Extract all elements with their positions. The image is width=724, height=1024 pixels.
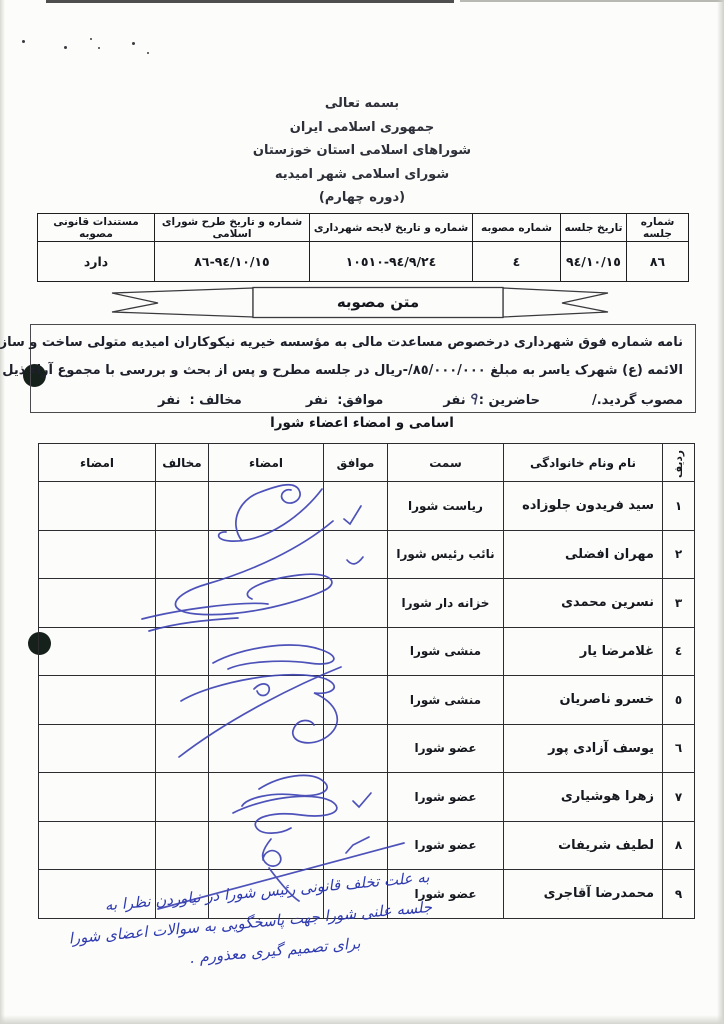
- members-section-title: اسامی و امضاء اعضاء شورا: [0, 415, 724, 431]
- member-name: مهران افضلی: [504, 530, 663, 579]
- member-no: ٥: [663, 676, 695, 725]
- member-name: لطیف شریفات: [504, 821, 663, 870]
- session-info-table: شماره جلسه تاریخ جلسه شماره مصوبه شماره …: [37, 213, 689, 282]
- member-agree-cell: [324, 773, 388, 822]
- member-position: عضو شورا: [388, 773, 504, 822]
- members-header-agree: موافق: [324, 444, 388, 482]
- member-no: ٩: [663, 870, 695, 919]
- ink-speck: [98, 47, 100, 49]
- member-position: عضو شورا: [388, 821, 504, 870]
- member-signature-cell: [209, 627, 324, 676]
- members-header-oppose: مخالف: [156, 444, 209, 482]
- ink-speck: [90, 38, 92, 40]
- member-position: منشی شورا: [388, 627, 504, 676]
- member-signature-cell: [209, 821, 324, 870]
- resolution-line2-suffix: ریال در جلسه مطرح و پس از بحث و بررسی با…: [2, 363, 402, 378]
- ink-speck: [64, 46, 67, 49]
- letterhead-country: جمهوری اسلامی ایران: [0, 116, 724, 140]
- member-position: ریاست شورا: [388, 482, 504, 531]
- scanned-council-resolution-page: بسمه تعالی جمهوری اسلامی ایران شوراهای ا…: [0, 0, 724, 1024]
- member-name: نسرین محمدی: [504, 579, 663, 628]
- info-header-session-date: تاریخ جلسه: [561, 214, 627, 242]
- member-no: ٢: [663, 530, 695, 579]
- letterhead-province-councils: شوراهای اسلامی استان خوزستان: [0, 139, 724, 163]
- ink-speck: [132, 42, 135, 45]
- member-position: عضو شورا: [388, 724, 504, 773]
- member-agree-cell: [324, 579, 388, 628]
- resolution-line-1: نامه شماره فوق شهرداری درخصوص مساعدت مال…: [43, 329, 683, 357]
- ink-speck: [22, 40, 25, 43]
- member-signature2-cell: [39, 627, 156, 676]
- member-signature-cell: [209, 530, 324, 579]
- member-row-1: ١ سید فریدون جلوزاده ریاست شورا: [39, 482, 695, 531]
- member-signature2-cell: [39, 724, 156, 773]
- member-no: ٤: [663, 627, 695, 676]
- members-header-rowno: ردیف: [663, 444, 695, 482]
- bill-no-date-value: ٩٤/٩/٢٤-١٠٥١٠: [346, 254, 437, 269]
- member-signature2-cell: [39, 821, 156, 870]
- letterhead: بسمه تعالی جمهوری اسلامی ایران شوراهای ا…: [0, 92, 724, 210]
- members-header-signature2: امضاء: [39, 444, 156, 482]
- member-signature2-cell: [39, 773, 156, 822]
- member-oppose-cell: [156, 821, 209, 870]
- letterhead-term: (دوره چهارم): [0, 186, 724, 210]
- member-name: خسرو ناصریان: [504, 676, 663, 725]
- info-value-session-no: ٨٦: [627, 242, 689, 282]
- info-value-plan-no-date: ٩٤/١٠/١٥-٨٦: [155, 242, 310, 282]
- session-date-value: ٩٤/١٠/١٥: [566, 254, 621, 269]
- info-value-session-date: ٩٤/١٠/١٥: [561, 242, 627, 282]
- members-header-position: سمت: [388, 444, 504, 482]
- member-position: نائب رئیس شورا: [388, 530, 504, 579]
- attendance-line: مصوب گردید./ حاضرین : ٩ نفر موافق: نفر م…: [43, 385, 683, 415]
- member-agree-cell: [324, 821, 388, 870]
- ink-speck: [147, 52, 149, 54]
- member-oppose-cell: [156, 676, 209, 725]
- member-row-2: ٢ مهران افضلی نائب رئیس شورا: [39, 530, 695, 579]
- member-agree-cell: [324, 724, 388, 773]
- present-unit: نفر: [443, 387, 465, 415]
- resolution-text-box: نامه شماره فوق شهرداری درخصوص مساعدت مال…: [30, 324, 696, 413]
- member-no: ٧: [663, 773, 695, 822]
- info-header-session-no: شماره جلسه: [627, 214, 689, 242]
- info-value-row: ٨٦ ٩٤/١٠/١٥ ٤ ٩٤/٩/٢٤-١٠٥١٠ ٩٤/١٠/١٥-٨٦ …: [38, 242, 689, 282]
- member-oppose-cell: [156, 530, 209, 579]
- info-value-bill-no-date: ٩٤/٩/٢٤-١٠٥١٠: [310, 242, 473, 282]
- member-oppose-cell: [156, 482, 209, 531]
- member-row-6: ٦ یوسف آزادی پور عضو شورا: [39, 724, 695, 773]
- members-table: ردیف نام ونام خانوادگی سمت موافق امضاء م…: [38, 443, 695, 919]
- info-header-resolution-no: شماره مصوبه: [473, 214, 561, 242]
- member-name: سید فریدون جلوزاده: [504, 482, 663, 531]
- scan-edge-top-light: [460, 0, 724, 2]
- member-signature2-cell: [39, 482, 156, 531]
- resolution-no-value: ٤: [513, 254, 521, 269]
- info-value-resolution-no: ٤: [473, 242, 561, 282]
- info-header-row: شماره جلسه تاریخ جلسه شماره مصوبه شماره …: [38, 214, 689, 242]
- letterhead-bismillah: بسمه تعالی: [0, 92, 724, 116]
- letterhead-city-council: شورای اسلامی شهر امیدیه: [0, 163, 724, 187]
- resolution-line2-prefix: الائمه (ع) شهرک یاسر به مبلغ: [486, 363, 683, 378]
- resolution-banner: متن مصوبه: [100, 285, 620, 321]
- present-count-handwritten: ٩: [466, 385, 479, 414]
- member-no: ١: [663, 482, 695, 531]
- member-oppose-cell: [156, 773, 209, 822]
- scan-edge-bottom: [0, 1015, 724, 1024]
- member-signature-cell: [209, 773, 324, 822]
- member-no: ٨: [663, 821, 695, 870]
- info-header-legal-docs: مستندات قانونی مصوبه: [38, 214, 155, 242]
- present-label: حاضرین :: [479, 387, 540, 415]
- member-agree-cell: [324, 676, 388, 725]
- member-signature2-cell: [39, 676, 156, 725]
- member-name: محمدرضا آقاجری: [504, 870, 663, 919]
- members-header-row: ردیف نام ونام خانوادگی سمت موافق امضاء م…: [39, 444, 695, 482]
- member-position: خزانه دار شورا: [388, 579, 504, 628]
- info-header-bill-no-date: شماره و تاریخ لایحه شهرداری: [310, 214, 473, 242]
- agree-value: نفر: [306, 387, 328, 415]
- oppose-value: نفر: [158, 387, 180, 415]
- member-signature-cell: [209, 724, 324, 773]
- scan-edge-top: [46, 0, 454, 3]
- member-row-3: ٣ نسرین محمدی خزانه دار شورا: [39, 579, 695, 628]
- agree-label: موافق:: [337, 387, 383, 415]
- member-signature2-cell: [39, 530, 156, 579]
- member-no: ٦: [663, 724, 695, 773]
- member-oppose-cell: [156, 724, 209, 773]
- session-no-value: ٨٦: [650, 254, 665, 269]
- member-row-8: ٨ لطیف شریفات عضو شورا: [39, 821, 695, 870]
- member-name: زهرا هوشیاری: [504, 773, 663, 822]
- member-row-7: ٧ زهرا هوشیاری عضو شورا: [39, 773, 695, 822]
- member-row-4: ٤ غلامرضا یار منشی شورا: [39, 627, 695, 676]
- banner-title: متن مصوبه: [253, 287, 503, 317]
- member-name: یوسف آزادی پور: [504, 724, 663, 773]
- approved-label: مصوب گردید./: [592, 387, 683, 415]
- info-header-plan-no-date: شماره و تاریخ طرح شورای اسلامی: [155, 214, 310, 242]
- member-position: منشی شورا: [388, 676, 504, 725]
- rowno-label: ردیف: [672, 450, 684, 478]
- member-signature-cell: [209, 482, 324, 531]
- member-signature-cell: [209, 676, 324, 725]
- resolution-line-2: الائمه (ع) شهرک یاسر به مبلغ -/٨٥/٠٠٠/٠٠…: [43, 357, 683, 385]
- plan-no-date-value: ٩٤/١٠/١٥-٨٦: [194, 254, 269, 269]
- resolution-amount: -/٨٥/٠٠٠/٠٠٠: [403, 363, 486, 378]
- member-agree-cell: [324, 530, 388, 579]
- member-agree-cell: [324, 482, 388, 531]
- members-header-signature: امضاء: [209, 444, 324, 482]
- member-oppose-cell: [156, 627, 209, 676]
- info-value-legal-docs: دارد: [38, 242, 155, 282]
- member-name: غلامرضا یار: [504, 627, 663, 676]
- member-no: ٣: [663, 579, 695, 628]
- member-agree-cell: [324, 627, 388, 676]
- member-row-5: ٥ خسرو ناصریان منشی شورا: [39, 676, 695, 725]
- members-header-name: نام ونام خانوادگی: [504, 444, 663, 482]
- member-signature-cell: [209, 579, 324, 628]
- member-oppose-cell: [156, 579, 209, 628]
- legal-docs-value: دارد: [84, 254, 108, 269]
- member-signature2-cell: [39, 579, 156, 628]
- oppose-label: مخالف :: [189, 387, 241, 415]
